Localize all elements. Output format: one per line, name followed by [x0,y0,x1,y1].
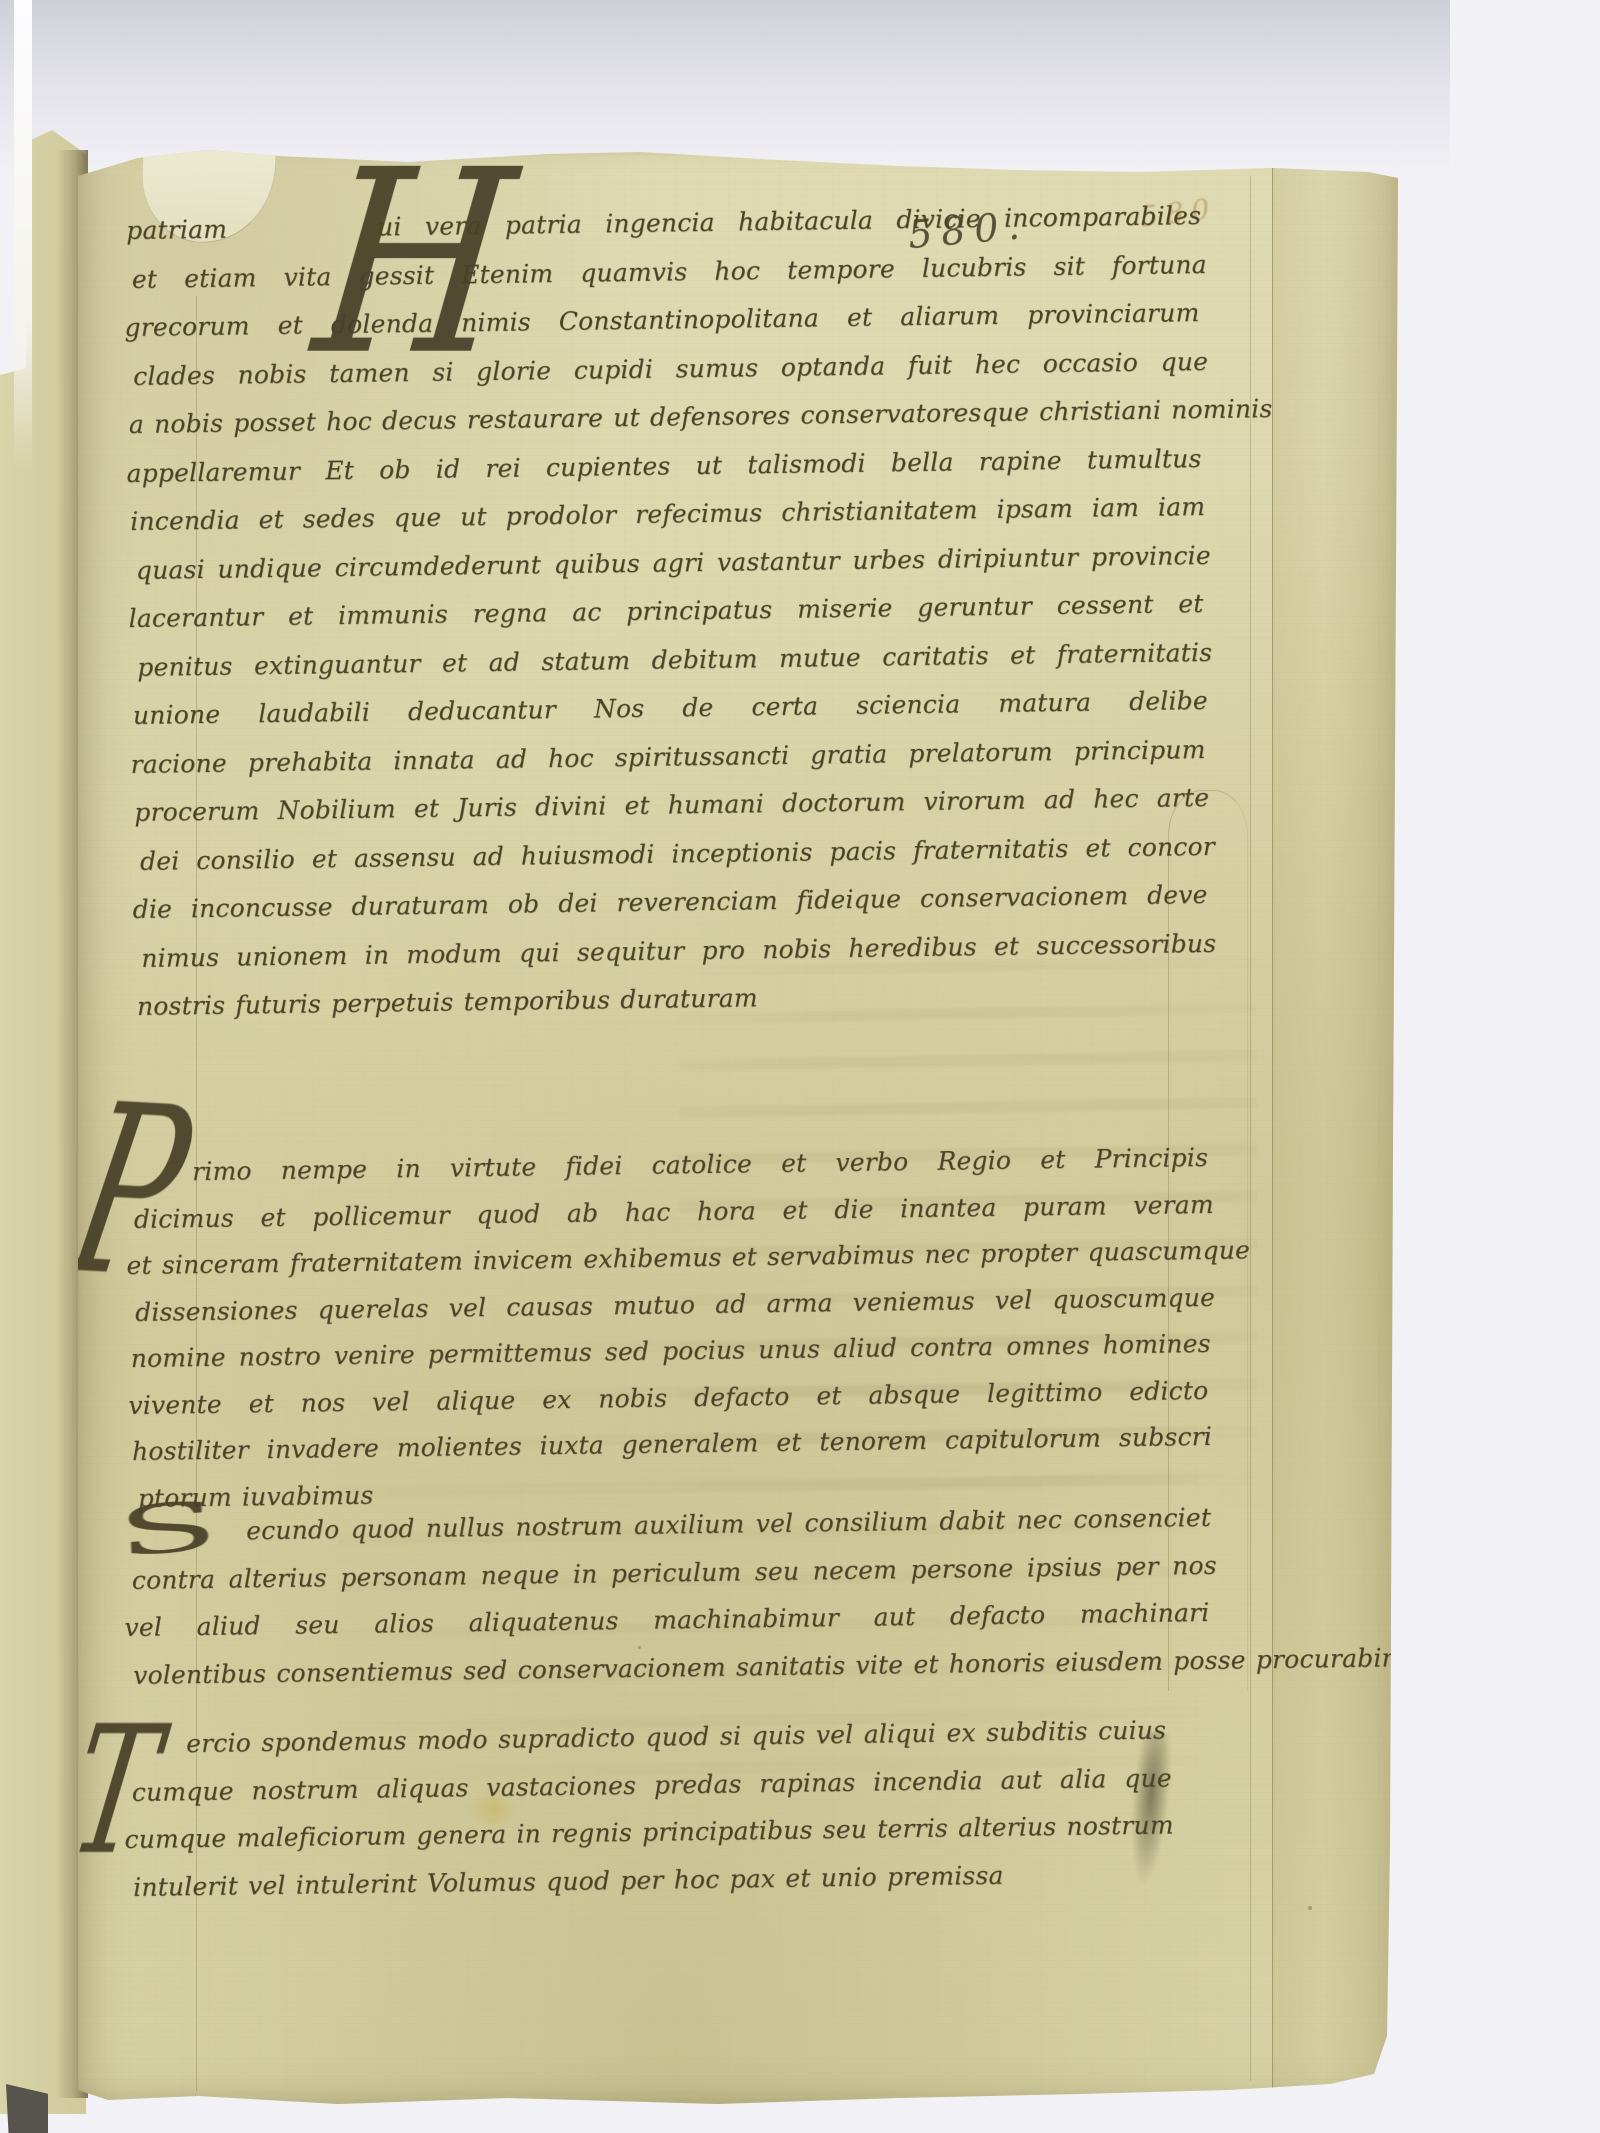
paragraph-1: patriam ui vera patria ingencia habitacu… [126,201,1212,1040]
catchword: patriam [126,215,227,245]
paragraph-2: rimo nempe in virtute fidei catolice et … [128,1143,1213,1530]
initial-gap [227,235,377,237]
page-fold-strip [1272,168,1399,2090]
binding-gloss-strip [14,0,32,470]
manuscript-scan: 580. 580 H P S T patriam ui vera patria … [0,0,1600,2133]
paragraph-3: ecundo quod nullus nostrum auxilium vel … [126,1503,1214,1708]
paragraph-4: ercio spondemus modo supradicto quod si … [126,1715,1169,1920]
parchment-page: 580. 580 H P S T patriam ui vera patria … [78,146,1398,2108]
speck [1308,1906,1312,1910]
